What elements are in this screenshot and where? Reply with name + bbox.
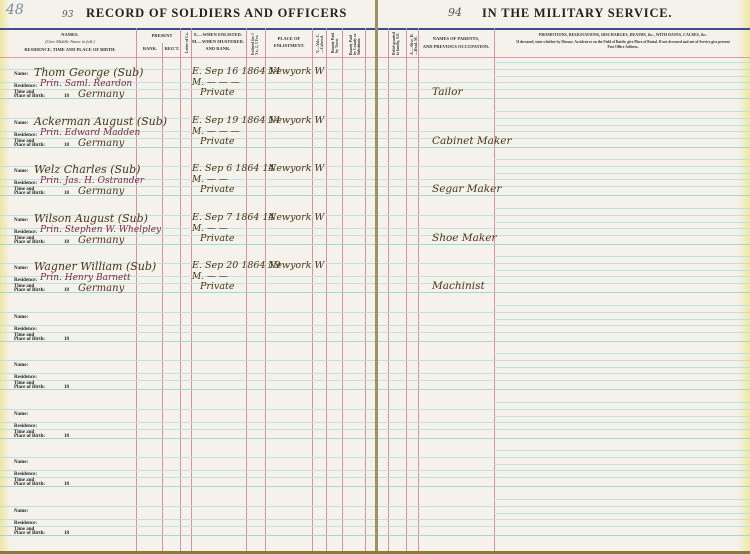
header-bounty-town: Bounty Paid by Town. (331, 31, 339, 53)
year-prefix: 18 (64, 482, 69, 487)
occupation-value: Machinist (432, 280, 485, 292)
ruling-line (378, 147, 750, 148)
ruling-line (378, 535, 750, 536)
ruling-line (0, 519, 376, 520)
ruling-line (378, 380, 750, 381)
ruling-line (378, 457, 750, 458)
name-label: Name: (14, 121, 28, 126)
left-page: 48 93 RECORD OF SOLDIERS AND OFFICERS NA… (0, 0, 376, 554)
ruling-line (494, 499, 750, 500)
place-of-enlistment: Newyork W (268, 260, 324, 271)
ruling-line (0, 138, 376, 139)
place-of-birth-label: Place of Birth: (14, 191, 45, 196)
col-divider (180, 28, 181, 554)
ruling-line (0, 409, 376, 410)
name-label: Name: (14, 412, 28, 417)
residence-value: Prin. Jas. H. Ostrander (40, 176, 144, 186)
ruling-line (0, 429, 376, 430)
birthplace-value: Germany (78, 89, 124, 100)
place-of-enlistment: Newyork W (268, 115, 324, 126)
page-number: 48 (6, 2, 24, 18)
ruling-line (0, 389, 376, 390)
header-place-2: ENLISTMENT. (266, 43, 312, 49)
ruling-line (494, 319, 750, 320)
rank-value: Private (200, 184, 234, 195)
occupation-value: Cabinet Maker (432, 135, 512, 147)
ruling-line (0, 457, 376, 458)
ruling-line (0, 89, 376, 90)
folio-number: 93 (62, 10, 73, 20)
header-term: Enlisted for 1 Yr., 2, 3 Yrs. (251, 31, 259, 55)
residence-label: Residence: (14, 181, 37, 186)
header-names-sub: RESIDENCE, TIME AND PLACE OF BIRTH. (10, 47, 130, 53)
header-place-1: PLACE OF (266, 36, 312, 42)
soldier-name: Ackerman August (Sub) (34, 115, 167, 128)
ruling-line (378, 131, 750, 132)
ruling-line (378, 166, 750, 167)
header-relief: Relief granted to family, S.F. (392, 31, 400, 55)
header-rank: RANK. (137, 46, 163, 52)
ruling-line (378, 429, 750, 430)
year-prefix: 18 (64, 94, 69, 99)
ruling-line (0, 332, 376, 333)
ruling-line (378, 98, 750, 99)
ruling-line (494, 173, 750, 174)
ruling-line (378, 312, 750, 313)
year-prefix: 18 (64, 288, 69, 293)
residence-label: Residence: (14, 230, 37, 235)
header-names-note: (Give Middle Name in full.) (10, 39, 130, 45)
soldier-name: Welz Charles (Sub) (34, 163, 140, 176)
ruling-line (378, 244, 750, 245)
col-divider (406, 28, 407, 554)
col-divider (326, 28, 327, 554)
ruling-line (494, 416, 750, 417)
ruling-line (378, 332, 750, 333)
place-of-birth-label: Place of Birth: (14, 482, 45, 487)
col-divider (342, 28, 343, 554)
residence-value: Prin. Stephen W. Whelpley (40, 225, 161, 235)
rank-value: Private (200, 233, 234, 244)
enlisted-date: E. Sep 6 1864 14 (192, 163, 275, 174)
header-bottom-rule (0, 57, 376, 58)
year-prefix: 18 (64, 337, 69, 342)
ruling-line (378, 373, 750, 374)
occupation-value: Segar Maker (432, 183, 501, 195)
ruling-line (378, 422, 750, 423)
ruling-line (0, 98, 376, 99)
page-title-right: IN THE MILITARY SERVICE. (482, 6, 672, 21)
ruling-line (494, 62, 750, 63)
ruling-line (494, 256, 750, 257)
place-of-birth-label: Place of Birth: (14, 385, 45, 390)
ruling-line (378, 179, 750, 180)
ruling-line (0, 325, 376, 326)
name-label: Name: (14, 169, 28, 174)
ruling-line (378, 409, 750, 410)
year-prefix: 18 (64, 240, 69, 245)
header-promotions-1: PROMOTIONS, RESIGNATIONS, DISCHARGES, DE… (503, 32, 743, 38)
header-letter-of-co: Letter of Co. (185, 31, 189, 53)
ruling-line (494, 367, 750, 368)
ruling-line (0, 312, 376, 313)
header-enlisted-1: E.—WHEN ENLISTED. (192, 32, 244, 38)
ruling-line (494, 159, 750, 160)
ruling-line (494, 450, 750, 451)
ruling-line (378, 477, 750, 478)
residence-label: Residence: (14, 84, 37, 89)
ruling-line (378, 389, 750, 390)
ruling-line (378, 360, 750, 361)
ruling-line (494, 353, 750, 354)
name-label: Name: (14, 509, 28, 514)
ruling-line (0, 373, 376, 374)
name-label: Name: (14, 218, 28, 223)
ruling-line (494, 305, 750, 306)
ruling-line (378, 69, 750, 70)
residence-label: Residence: (14, 472, 37, 477)
ruling-line (0, 186, 376, 187)
ruling-line (378, 215, 750, 216)
page-title-left: RECORD OF SOLDIERS AND OFFICERS (86, 6, 347, 21)
header-enlisted-3: AND RANK. (192, 46, 244, 52)
ruling-line (0, 486, 376, 487)
ruling-line (494, 125, 750, 126)
header-bounty-county: Bounty Paid by County or Substitute. (349, 31, 361, 55)
ruling-line (0, 380, 376, 381)
year-prefix: 18 (64, 385, 69, 390)
birthplace-value: Germany (78, 138, 124, 149)
col-divider (388, 28, 389, 554)
year-prefix: 18 (64, 143, 69, 148)
ruling-line (494, 76, 750, 77)
ruling-line (378, 325, 750, 326)
residence-value: Prin. Edward Madden (40, 128, 140, 138)
ruling-line (0, 360, 376, 361)
header-rule (0, 28, 376, 30)
right-page: 94 IN THE MILITARY SERVICE. Relief grant… (378, 0, 750, 554)
header-promotions-2: If deceased, state whether by Disease, A… (513, 40, 733, 49)
year-prefix: 18 (64, 191, 69, 196)
ruling-line (378, 526, 750, 527)
header-names: NAMES. (10, 32, 130, 38)
header-parents-1: NAMES OF PARENTS, (420, 36, 492, 42)
occupation-value: Tailor (432, 86, 463, 98)
ruling-line (0, 535, 376, 536)
name-label: Name: (14, 363, 28, 368)
ruling-line (0, 506, 376, 507)
header-bottom-rule (378, 57, 750, 58)
header-enlisted-2: M.—WHEN MUSTERED. (192, 39, 244, 45)
place-of-birth-label: Place of Birth: (14, 143, 45, 148)
col-divider (365, 28, 366, 554)
name-label: Name: (14, 266, 28, 271)
ruling-line (378, 263, 750, 264)
header-regt: REG'T. (163, 46, 181, 52)
ruling-line (378, 195, 750, 196)
name-label: Name: (14, 315, 28, 320)
soldier-name: Wilson August (Sub) (34, 212, 148, 225)
ruling-line (494, 111, 750, 112)
occupation-value: Shoe Maker (432, 232, 496, 244)
ruling-line (0, 292, 376, 293)
rank-value: Private (200, 87, 234, 98)
birthplace-value: Germany (78, 235, 124, 246)
ruling-line (0, 235, 376, 236)
rank-value: Private (200, 136, 234, 147)
ruling-line (494, 513, 750, 514)
ruling-line (0, 195, 376, 196)
residence-label: Residence: (14, 424, 37, 429)
ruling-line (378, 82, 750, 83)
ruling-line (0, 283, 376, 284)
ruling-line (378, 228, 750, 229)
ruling-line (378, 118, 750, 119)
ruling-line (378, 519, 750, 520)
name-label: Name: (14, 72, 28, 77)
ruling-line (0, 147, 376, 148)
ruling-line (378, 438, 750, 439)
ruling-line (494, 270, 750, 271)
place-of-birth-label: Place of Birth: (14, 434, 45, 439)
ruling-line (0, 244, 376, 245)
ruling-line (0, 477, 376, 478)
header-rule (378, 28, 750, 30)
ruling-line (378, 470, 750, 471)
col-divider (246, 28, 247, 554)
ruling-line (378, 292, 750, 293)
birthplace-value: Germany (78, 283, 124, 294)
ruling-line (0, 526, 376, 527)
ruling-line (378, 486, 750, 487)
ruling-line (0, 470, 376, 471)
place-of-enlistment: Newyork W (268, 212, 324, 223)
col-divider (265, 28, 266, 554)
header-alive-dead: A.—Alive. D.—Dead. M. (410, 31, 418, 55)
residence-label: Residence: (14, 133, 37, 138)
col-divider (418, 28, 419, 554)
year-prefix: 18 (64, 434, 69, 439)
place-of-enlistment: Newyork W (268, 66, 324, 77)
soldier-name: Thom George (Sub) (34, 66, 143, 79)
place-of-birth-label: Place of Birth: (14, 337, 45, 342)
ruling-line (0, 341, 376, 342)
header-parents-2: AND PREVIOUS OCCUPATION. (420, 44, 492, 50)
place-of-birth-label: Place of Birth: (14, 531, 45, 536)
residence-value: Prin. Saml. Reardon (40, 79, 132, 89)
ruling-line (378, 341, 750, 342)
ruling-line (378, 506, 750, 507)
enlisted-date: E. Sep 7 1864 14 (192, 212, 275, 223)
residence-label: Residence: (14, 278, 37, 283)
place-of-enlistment: Newyork W (268, 163, 324, 174)
residence-value: Prin. Henry Barnett (40, 273, 131, 283)
residence-label: Residence: (14, 521, 37, 526)
ruling-line (494, 222, 750, 223)
ruling-line (494, 464, 750, 465)
name-label: Name: (14, 460, 28, 465)
place-of-birth-label: Place of Birth: (14, 94, 45, 99)
ruling-line (378, 276, 750, 277)
col-divider (494, 28, 495, 554)
folio-number-right: 94 (448, 6, 462, 19)
ruling-line (494, 208, 750, 209)
ruling-line (0, 422, 376, 423)
rank-value: Private (200, 281, 234, 292)
ruling-line (0, 438, 376, 439)
col-divider (312, 28, 313, 554)
residence-label: Residence: (14, 375, 37, 380)
birthplace-value: Germany (78, 186, 124, 197)
soldier-name: Wagner William (Sub) (34, 260, 156, 273)
col-divider (136, 28, 137, 554)
ruling-line (494, 402, 750, 403)
col-divider (191, 28, 192, 554)
header-vols: V.—Vols. C.—Colored. (316, 31, 324, 53)
year-prefix: 18 (64, 531, 69, 536)
place-of-birth-label: Place of Birth: (14, 240, 45, 245)
place-of-birth-label: Place of Birth: (14, 288, 45, 293)
residence-label: Residence: (14, 327, 37, 332)
